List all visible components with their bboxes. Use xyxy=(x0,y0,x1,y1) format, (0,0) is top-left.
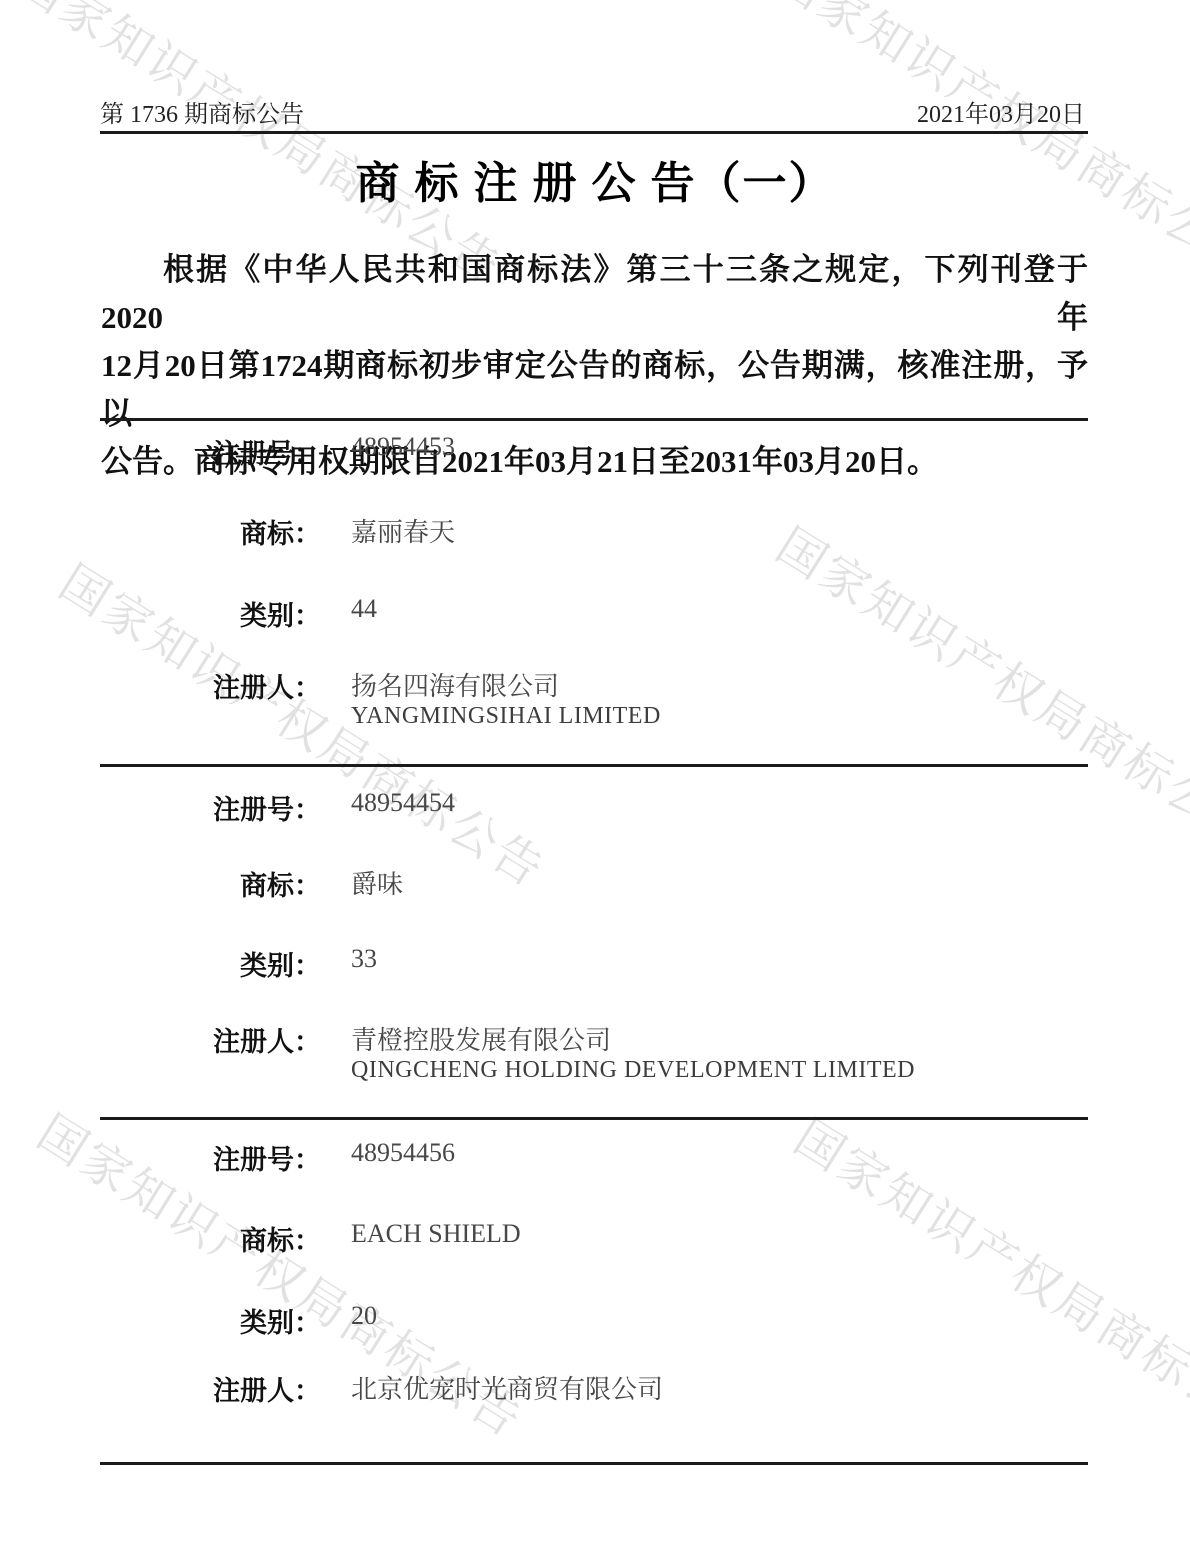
field-row-registrant-en: YANGMINGSIHAI LIMITED xyxy=(0,703,1190,737)
field-label-registrant: 注册人： xyxy=(100,666,321,705)
field-label-reg-no: 注册号： xyxy=(100,1138,321,1177)
field-row-reg-no: 注册号： 48954453 xyxy=(0,432,1190,466)
reg-no-value: 48954453 xyxy=(351,432,455,462)
field-row-reg-no: 注册号： 48954454 xyxy=(0,788,1190,822)
trademark-value: EACH SHIELD xyxy=(351,1219,521,1249)
category-value: 33 xyxy=(351,944,377,974)
section-divider xyxy=(100,764,1088,767)
field-row-trademark: 商标： EACH SHIELD xyxy=(0,1219,1190,1253)
header-rule xyxy=(100,131,1088,134)
field-label-registrant: 注册人： xyxy=(100,1020,321,1059)
registrant-cn-value: 北京优宠时光商贸有限公司 xyxy=(351,1369,663,1406)
document-content: 第 1736 期商标公告 2021年03月20日 商 标 注 册 公 告（一） … xyxy=(0,0,1190,1564)
field-label-trademark: 商标： xyxy=(100,864,321,903)
category-value: 44 xyxy=(351,594,377,624)
gazette-page: 国家知识产权局商标公告 国家知识产权局商标公告 国家知识产权局商标公告 国家知识… xyxy=(0,0,1190,1564)
trademark-value: 爵味 xyxy=(351,864,403,901)
field-row-trademark: 商标： 爵味 xyxy=(0,864,1190,898)
registrant-cn-value: 扬名四海有限公司 xyxy=(351,666,559,703)
gazette-date: 2021年03月20日 xyxy=(917,94,1085,129)
field-label-trademark: 商标： xyxy=(100,1219,321,1258)
registrant-en-value: QINGCHENG HOLDING DEVELOPMENT LIMITED xyxy=(351,1057,915,1084)
field-row-category: 类别： 33 xyxy=(0,944,1190,978)
field-row-trademark: 商标： 嘉丽春天 xyxy=(0,512,1190,546)
field-row-registrant-en: QINGCHENG HOLDING DEVELOPMENT LIMITED xyxy=(0,1057,1190,1091)
field-row-registrant: 注册人： 扬名四海有限公司 xyxy=(0,666,1190,700)
trademark-value: 嘉丽春天 xyxy=(351,512,455,549)
registrant-en-value: YANGMINGSIHAI LIMITED xyxy=(351,703,661,730)
field-row-category: 类别： 20 xyxy=(0,1301,1190,1335)
category-value: 20 xyxy=(351,1301,377,1331)
field-label-reg-no: 注册号： xyxy=(100,432,321,471)
intro-line-1: 根据《中华人民共和国商标法》第三十三条之规定，下列刊登于2020年 xyxy=(101,246,1088,342)
reg-no-value: 48954454 xyxy=(351,788,455,818)
field-label-category: 类别： xyxy=(100,594,321,633)
field-label-registrant: 注册人： xyxy=(100,1369,321,1408)
field-label-category: 类别： xyxy=(100,944,321,983)
reg-no-value: 48954456 xyxy=(351,1138,455,1168)
field-label-trademark: 商标： xyxy=(100,512,321,551)
page-title: 商 标 注 册 公 告（一） xyxy=(0,147,1190,211)
field-row-registrant: 注册人： 青橙控股发展有限公司 xyxy=(0,1020,1190,1054)
field-label-category: 类别： xyxy=(100,1301,321,1340)
field-row-category: 类别： 44 xyxy=(0,594,1190,628)
section-divider xyxy=(100,1117,1088,1120)
gazette-issue-label: 第 1736 期商标公告 xyxy=(100,94,304,129)
intro-line-2: 12月20日第1724期商标初步审定公告的商标，公告期满，核准注册，予以 xyxy=(101,342,1088,438)
section-divider xyxy=(100,1462,1088,1465)
registrant-cn-value: 青橙控股发展有限公司 xyxy=(351,1020,611,1057)
field-row-registrant: 注册人： 北京优宠时光商贸有限公司 xyxy=(0,1369,1190,1403)
field-label-reg-no: 注册号： xyxy=(100,788,321,827)
field-row-reg-no: 注册号： 48954456 xyxy=(0,1138,1190,1172)
section-divider xyxy=(100,418,1088,421)
